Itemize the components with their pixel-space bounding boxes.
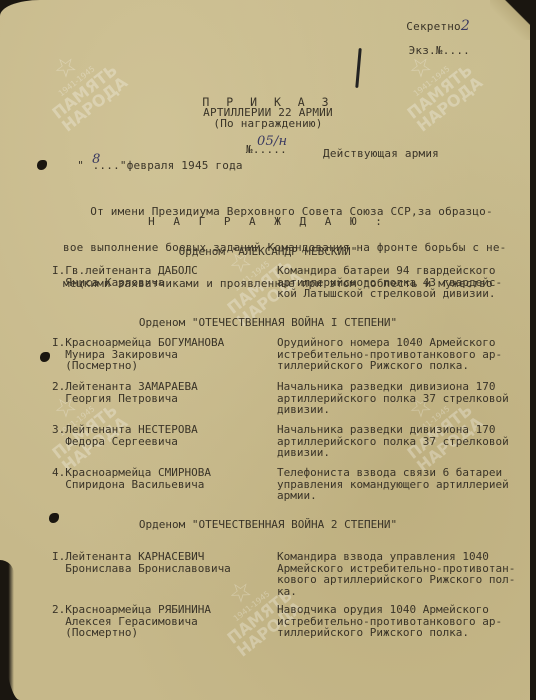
order-heading: Орденом "ОТЕЧЕСТВЕННАЯ ВОЙНА 2 СТЕПЕНИ" bbox=[0, 518, 536, 531]
awarded-heading: Н А Г Р А Ж Д А Ю : bbox=[0, 216, 536, 228]
order-heading: Орденом "АЛЕКСАНДР НЕВСКИЙ" bbox=[0, 245, 536, 258]
page-edge-shadow bbox=[0, 560, 14, 700]
punch-hole bbox=[40, 352, 50, 362]
awardee-position: Наводчика орудия 1040 Армейского истреби… bbox=[277, 604, 502, 639]
awardee-name: I.Лейтенанта КАРНАСЕВИЧ Бронислава Брони… bbox=[52, 551, 231, 574]
awardee-name: 4.Красноармейца СМИРНОВА Спиридона Васил… bbox=[52, 467, 211, 490]
location: Действующая армия bbox=[323, 148, 439, 160]
awardee-name: 3.Лейтенанта НЕСТЕРОВА Федора Сергеевича bbox=[52, 424, 198, 447]
awardee-name: 2.Красноармейца РЯБИНИНА Алексея Герасим… bbox=[52, 604, 211, 639]
document-page: ☆ 1941-1945 ПАМЯТЬ НАРОДА ☆ 1941-1945 ПА… bbox=[0, 0, 530, 700]
awardee-name: 2.Лейтенанта ЗАМАРАЕВА Георгия Петровича bbox=[52, 381, 198, 404]
folded-corner bbox=[490, 0, 530, 40]
order-heading: Орденом "ОТЕЧЕСТВЕННАЯ ВОЙНА I СТЕПЕНИ" bbox=[0, 316, 536, 329]
awardee-position: Начальника разведки дивизиона 170 артилл… bbox=[277, 381, 509, 416]
punch-hole bbox=[37, 160, 47, 170]
classification-stamp: Секретно2 Экз.№.... bbox=[379, 8, 470, 69]
copy-number: 2 bbox=[461, 18, 470, 34]
awardee-position: Командира взвода управления 1040 Армейск… bbox=[277, 551, 515, 597]
handwritten-mark bbox=[355, 48, 361, 88]
awardee-position: Начальника разведки дивизиона 170 артилл… bbox=[277, 424, 509, 459]
awardee-position: Командира батареи 94 гвардейского артилл… bbox=[277, 265, 502, 300]
document-date: "8...."февраля 1945 года bbox=[50, 148, 243, 184]
awardee-name: I.Гв.лейтенанта ДАБОЛС Яниса Карловича bbox=[52, 265, 198, 288]
awardee-position: Орудийного номера 1040 Армейского истреб… bbox=[277, 337, 502, 372]
awardee-name: I.Красноармейца БОГУМАНОВА Мунира Закиро… bbox=[52, 337, 224, 372]
awardee-position: Телефониста взвода связи 6 батареи управ… bbox=[277, 467, 509, 502]
document-subtitle: (По награждению) bbox=[0, 118, 536, 130]
